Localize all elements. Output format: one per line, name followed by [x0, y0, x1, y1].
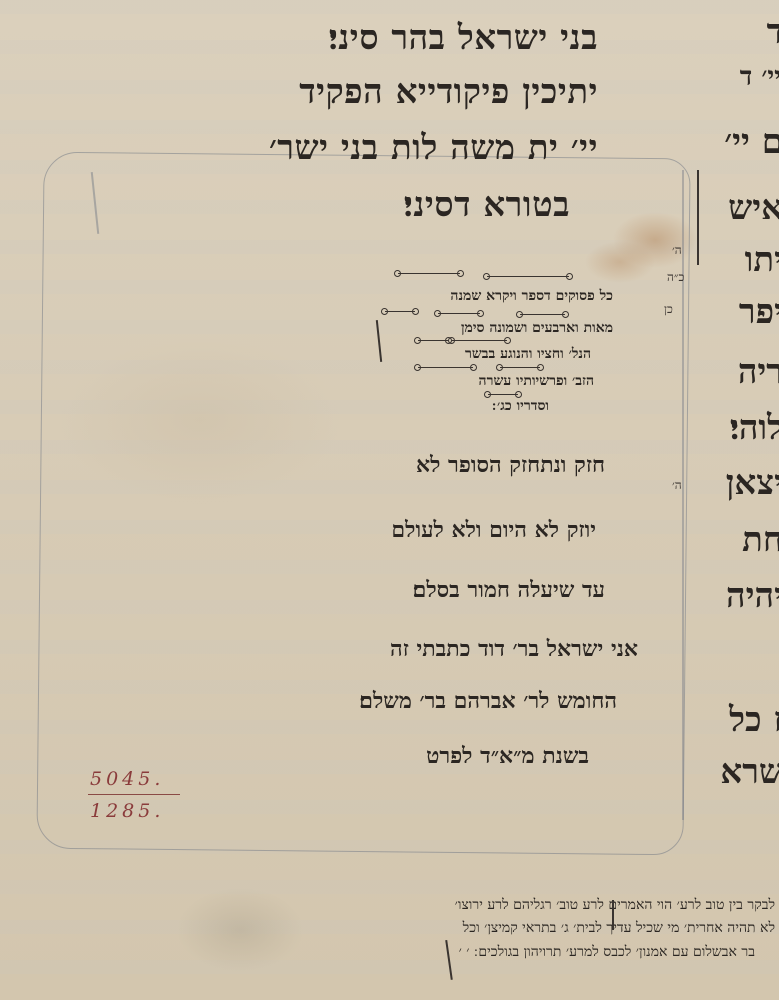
right-fragment-3: ם יי׳ — [724, 122, 779, 162]
footer-descender-stroke — [612, 900, 614, 930]
decorative-rule — [385, 311, 415, 312]
right-fragment-5: יתו — [745, 240, 779, 280]
pencil-frame — [36, 152, 690, 856]
colophon-line-4: אני ישראל בר׳ דוד כתבתי זה — [390, 636, 638, 662]
margin-bracket-right — [697, 170, 699, 265]
right-fragment-11: יהיה — [726, 576, 779, 616]
decorative-rule — [487, 276, 569, 277]
count-line-2: מאות וארבעים ושמונה סימן — [461, 320, 613, 337]
count-line-4: הזב׳ ופרשיותיו עשרה — [479, 373, 594, 390]
column-ruling-line — [682, 170, 684, 820]
right-fragment-6: יפר — [739, 292, 779, 332]
decorative-rule — [398, 273, 460, 274]
footer-line-2: לא תהיה אחרית׳ מי שכיל עדיך לבית׳ ג׳ בתר… — [463, 920, 775, 937]
count-line-1: כל פסוקים דספר ויקרא שמנה — [450, 288, 613, 305]
right-fragment-13: ז כל — [729, 700, 779, 740]
right-fragment-7: ריה — [738, 352, 779, 392]
right-fragment-4: איש — [728, 188, 779, 228]
decorative-rule — [500, 367, 540, 368]
margin-note-he: ה׳ — [672, 243, 682, 258]
margin-note-ken: כן — [664, 302, 673, 317]
main-line-2: יתיכין פיקודייא הפקיד — [299, 72, 598, 112]
shelfmark-number-bottom: 1285. — [90, 800, 164, 822]
colophon-line-3: עד שיעלה חמור בסלם׃ — [413, 577, 605, 603]
colophon-line-1: חזק ונתחזק הסופר לא — [416, 452, 605, 478]
decorative-rule — [488, 394, 518, 395]
colophon-margin-note: ה׳ — [672, 478, 682, 493]
footer-line-1: לבקר בין טוב לרע׳ הוי האמרים לרע טוב׳ רג… — [455, 897, 775, 914]
decorative-rule — [418, 367, 473, 368]
footer-line-3: בר אבשלום עם אמנון׳ לכבס למרע׳ תרויהון ב… — [459, 944, 755, 961]
shelfmark-divider — [88, 794, 180, 795]
decorative-rule — [418, 340, 448, 341]
main-line-3: יי׳ ית משה לות בני ישר׳ — [269, 128, 598, 168]
decorative-rule — [452, 340, 507, 341]
colophon-line-6-date: בשנת מ״א״ד לפרט — [426, 743, 589, 769]
shelfmark-number-top: 5045. — [90, 768, 164, 790]
colophon-line-5: החומש לר׳ אברהם בר׳ משלם׃ — [359, 688, 617, 714]
count-line-3: הנל׳ וחציו והנוגע בבשר — [465, 346, 591, 363]
count-line-5: וסדריו כג׳ ׃ — [492, 398, 549, 415]
decorative-rule — [438, 313, 480, 314]
decorative-rule — [520, 314, 565, 315]
right-fragment-1: ד — [767, 12, 779, 52]
margin-note-kh: כ״ה — [667, 270, 684, 285]
right-fragment-10: חת — [742, 520, 779, 560]
right-fragment-2: יי׳ ד — [740, 62, 779, 92]
main-line-4: בטורא דסיני׃ — [403, 185, 570, 225]
right-fragment-8: לוהי׃ — [730, 408, 779, 448]
right-fragment-9: יצאן — [726, 463, 779, 503]
colophon-line-2: יוזק לא היום ולא לעולם — [391, 517, 596, 543]
main-line-1: בני ישראל בהר סיני׃ — [328, 18, 598, 58]
right-fragment-14: שרא — [720, 752, 779, 792]
